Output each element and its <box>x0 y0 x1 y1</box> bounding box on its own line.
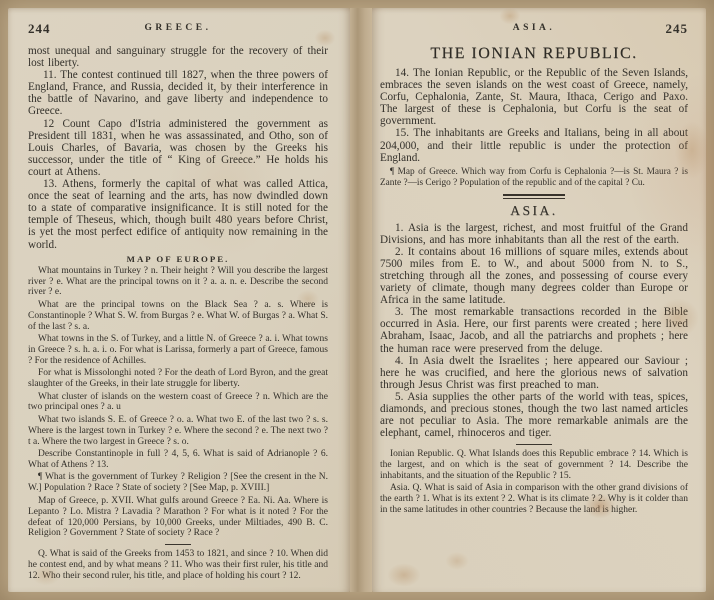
question-paragraph: What are the principal towns on the Blac… <box>28 300 328 333</box>
paragraph-11: 11. The contest continued till 1827, whe… <box>28 69 328 117</box>
page-gutter <box>350 8 372 592</box>
review-asia: Asia. Q. What is said of Asia in compari… <box>380 483 688 516</box>
question-paragraph: Describe Constantinople in full ? 4, 5, … <box>28 449 328 471</box>
asia-paragraph-3: 3. The most remarkable transactions reco… <box>380 306 688 354</box>
asia-paragraph-5: 5. Asia supplies the other parts of the … <box>380 391 688 439</box>
book-scan: 244 GREECE. most unequal and sanguinary … <box>0 0 714 600</box>
asia-paragraph-2: 2. It contains about 16 millions of squa… <box>380 246 688 306</box>
question-paragraph: ¶ What is the government of Turkey ? Rel… <box>28 472 328 494</box>
paragraph-12: 12 Count Capo d'Istria administered the … <box>28 118 328 178</box>
map-of-greece-note: ¶ Map of Greece. Which way from Corfu is… <box>380 167 688 189</box>
asia-section-heading: ASIA. <box>380 203 688 219</box>
left-running-head: GREECE. <box>28 21 328 33</box>
review-questions: Q. What is said of the Greeks from 1453 … <box>28 549 328 582</box>
review-divider-rule <box>516 444 552 445</box>
chapter-divider-rule <box>503 194 565 199</box>
left-page: 244 GREECE. most unequal and sanguinary … <box>8 8 350 592</box>
asia-paragraph-1: 1. Asia is the largest, richest, and mos… <box>380 222 688 246</box>
left-page-number: 244 <box>28 21 51 37</box>
right-page: ASIA. 245 THE IONIAN REPUBLIC. 14. The I… <box>372 8 706 592</box>
chapter-heading-ionian-republic: THE IONIAN REPUBLIC. <box>380 45 688 63</box>
paragraph-13: 13. Athens, formerly the capital of what… <box>28 178 328 251</box>
right-running-header: ASIA. 245 <box>380 21 688 37</box>
asia-paragraph-4: 4. In Asia dwelt the Israelites ; here a… <box>380 355 688 391</box>
right-page-number: 245 <box>666 21 689 37</box>
question-paragraph: What towns in the S. of Turkey, and a li… <box>28 334 328 367</box>
right-running-head: ASIA. <box>380 21 688 33</box>
question-paragraph: For what is Missolonghi noted ? For the … <box>28 368 328 390</box>
paragraph-15: 15. The inhabitants are Greeks and Itali… <box>380 127 688 163</box>
question-paragraph: Map of Greece, p. XVII. What gulfs aroun… <box>28 496 328 540</box>
map-of-europe-heading: MAP OF EUROPE. <box>28 254 328 264</box>
section-divider-rule <box>165 544 191 545</box>
question-paragraph: What two islands S. E. of Greece ? o. a.… <box>28 415 328 448</box>
question-paragraph: What cluster of islands on the western c… <box>28 392 328 414</box>
review-ionian-republic: Ionian Republic. Q. What Islands does th… <box>380 449 688 482</box>
paragraph-continued: most unequal and sanguinary struggle for… <box>28 45 328 69</box>
left-running-header: 244 GREECE. <box>28 21 328 37</box>
paragraph-14: 14. The Ionian Republic, or the Republic… <box>380 67 688 127</box>
question-paragraph: What mountains in Turkey ? n. Their heig… <box>28 266 328 299</box>
